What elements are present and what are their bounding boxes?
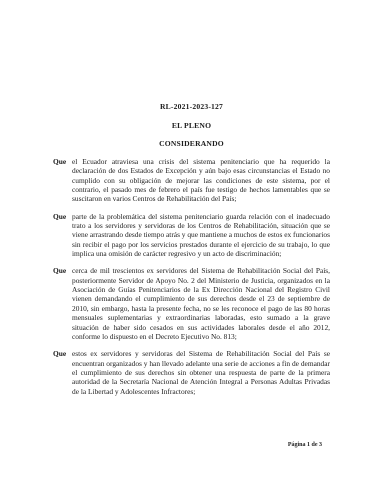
considerando-clause-3: Que cerca de mil trescientos ex servidor…: [53, 266, 330, 341]
considerando-clauses: Que el Ecuador atraviesa una crisis del …: [53, 157, 330, 396]
document-reference: RL-2021-2023-127: [53, 103, 330, 111]
heading-considerando: CONSIDERANDO: [53, 140, 330, 148]
heading-el-pleno: EL PLENO: [53, 122, 330, 130]
clause-text: el Ecuador atraviesa una crisis del sist…: [72, 157, 330, 204]
clause-label: Que: [53, 157, 72, 204]
considerando-clause-2: Que parte de la problemática del sistema…: [53, 212, 330, 259]
clause-label: Que: [53, 212, 72, 259]
clause-label: Que: [53, 266, 72, 341]
clause-text: cerca de mil trescientos ex servidores d…: [72, 266, 330, 341]
clause-text: parte de la problemática del sistema pen…: [72, 212, 330, 259]
document-page: RL-2021-2023-127 EL PLENO CONSIDERANDO Q…: [0, 0, 370, 479]
clause-text: estos ex servidores y servidoras del Sis…: [72, 349, 330, 396]
considerando-clause-4: Que estos ex servidores y servidoras del…: [53, 349, 330, 396]
considerando-clause-1: Que el Ecuador atraviesa una crisis del …: [53, 157, 330, 204]
document-content: RL-2021-2023-127 EL PLENO CONSIDERANDO Q…: [53, 103, 330, 404]
page-number: Página 1 de 3: [288, 442, 322, 448]
clause-label: Que: [53, 349, 72, 396]
